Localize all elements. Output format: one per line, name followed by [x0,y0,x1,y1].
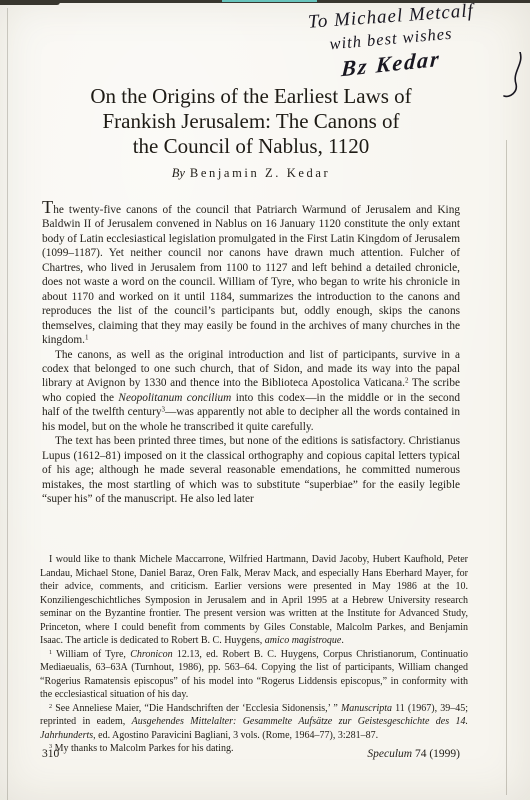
footnotes-block: I would like to thank Michele Maccarrone… [40,553,468,756]
byline: ByBenjamin Z. Kedar [42,166,460,181]
handwritten-inscription: To Michael Metcalf with best wishes Bz K… [266,6,516,77]
body-paragraph-1: The twenty-five canons of the council th… [42,200,460,348]
footnote-2: 2 See Anneliese Maier, “Die Handschrifte… [40,702,468,743]
article-body: The twenty-five canons of the council th… [42,200,460,507]
body-paragraph-3: The text has been printed three times, b… [42,434,460,506]
author-name: Benjamin Z. Kedar [190,166,330,180]
body-paragraph-2: The canons, as well as the original intr… [42,348,460,435]
page-number: 310 [42,748,59,760]
page-footer: 310 Speculum 74 (1999) [42,748,460,760]
scan-teal-artifact [222,0,317,2]
scan-edge-right [506,140,507,795]
signature-flourish-stroke [498,52,524,100]
scan-edge-top-left [0,0,60,5]
article-title-line-1: On the Origins of the Earliest Laws of [42,84,460,109]
article-title-line-3: the Council of Nablus, 1120 [42,134,460,159]
footnote-1: 1 William of Tyre, Chronicon 12.13, ed. … [40,648,468,702]
journal-citation: Speculum 74 (1999) [367,748,460,760]
scanned-journal-page: To Michael Metcalf with best wishes Bz K… [0,0,530,800]
scan-edge-left [7,8,8,800]
article-title: On the Origins of the Earliest Laws of F… [42,84,460,159]
article-title-line-2: Frankish Jerusalem: The Canons of [42,109,460,134]
footnote-acknowledgment: I would like to thank Michele Maccarrone… [40,553,468,648]
byline-prefix: By [172,166,185,180]
